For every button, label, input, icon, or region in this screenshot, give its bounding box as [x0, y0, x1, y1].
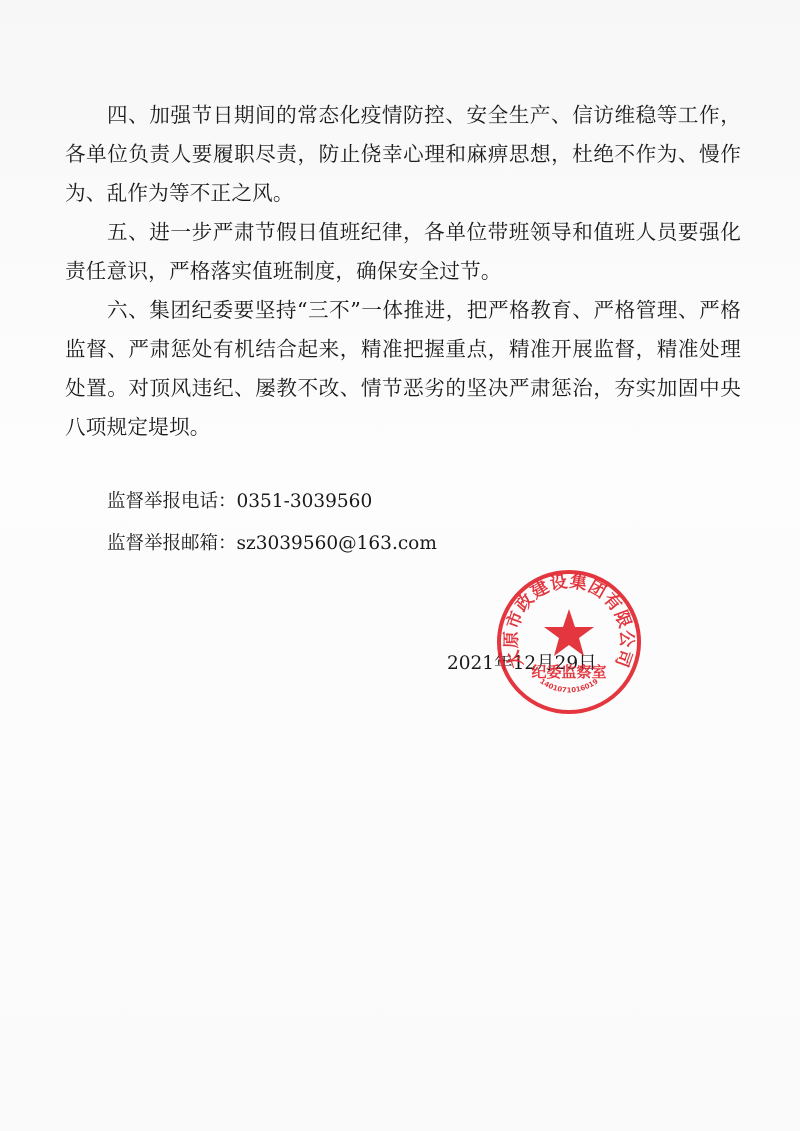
report-phone: 监督举报电话：0351-3039560 — [107, 490, 372, 514]
paragraph-4: 四、加强节日期间的常态化疫情防控、安全生产、信访维稳等工作，各单位负责人要履职尽… — [65, 96, 741, 213]
paragraph-6: 六、集团纪委要坚持“三不”一体推进，把严格教育、严格管理、严格监督、严肃惩处有机… — [65, 291, 741, 447]
paragraph-5: 五、进一步严肃节假日值班纪律，各单位带班领导和值班人员要强化责任意识，严格落实值… — [65, 213, 741, 291]
document-page: 四、加强节日期间的常态化疫情防控、安全生产、信访维稳等工作，各单位负责人要履职尽… — [0, 0, 800, 1131]
report-email: 监督举报邮箱：sz3039560@163.com — [107, 532, 437, 556]
official-seal-icon: 太原市政建设集团有限公司 纪委监察室 1401071016019 — [494, 567, 644, 717]
